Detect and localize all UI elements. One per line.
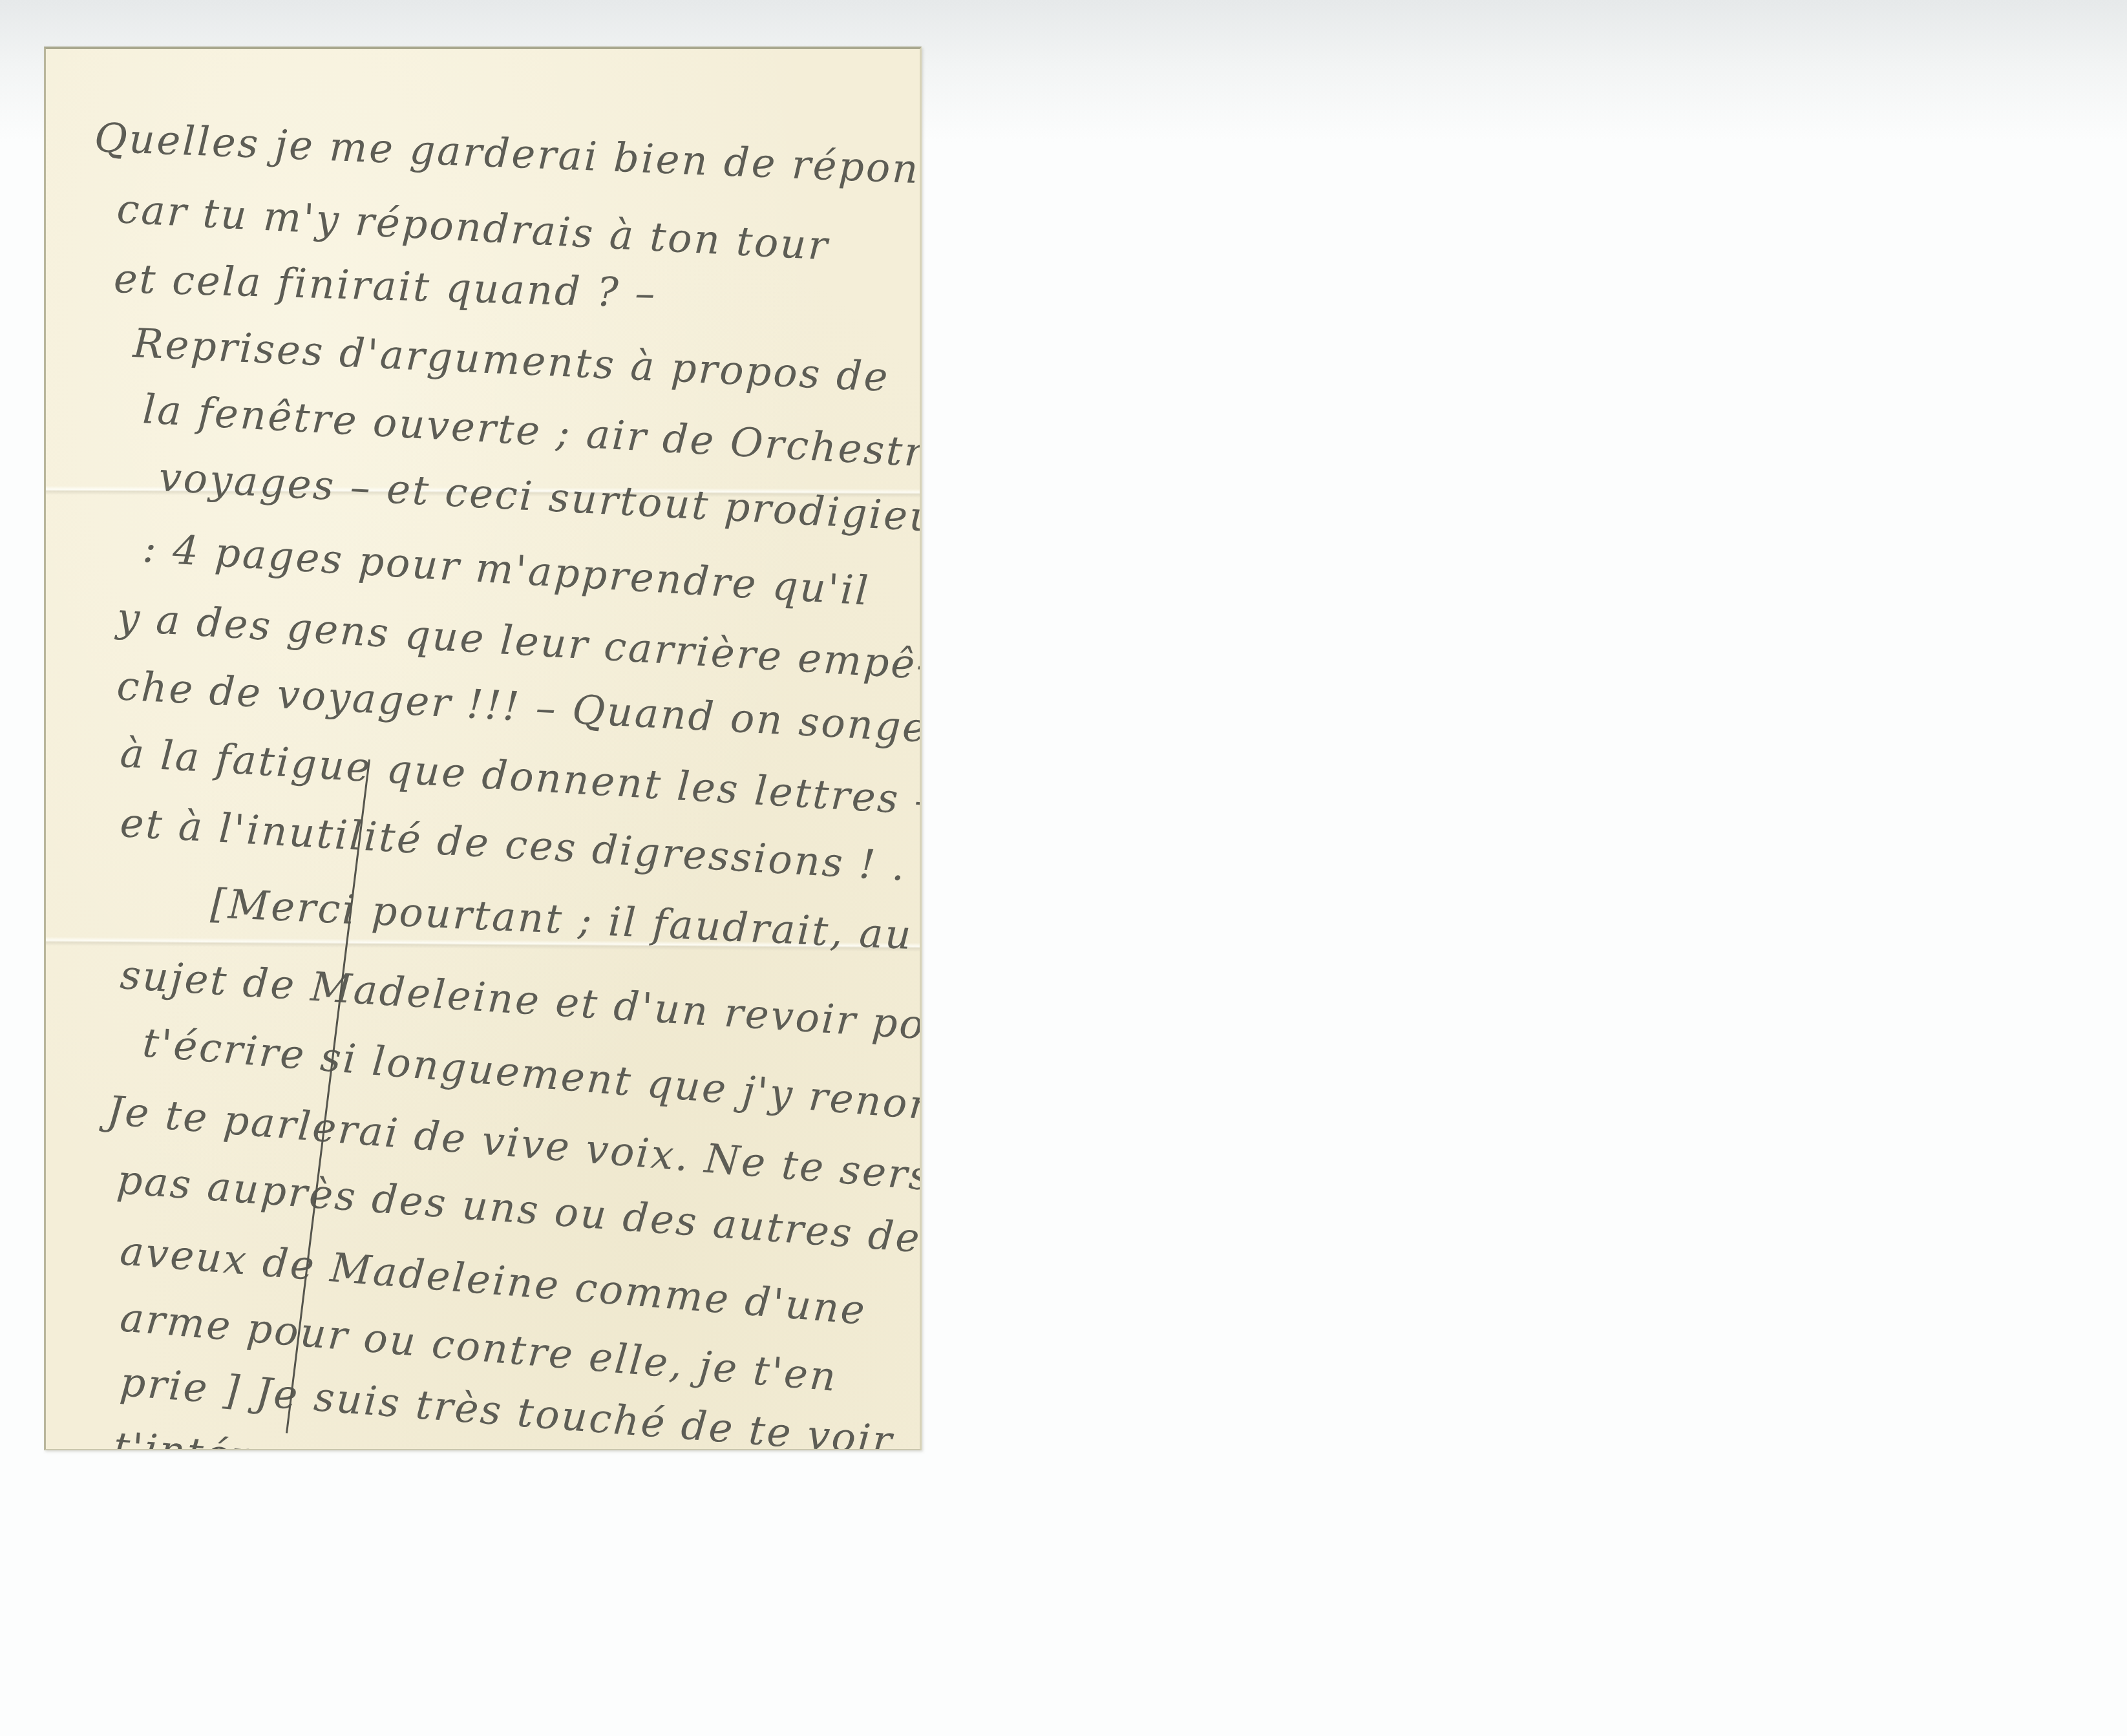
letter-page: Quelles je me garderai bien de répondre … [44, 47, 922, 1450]
